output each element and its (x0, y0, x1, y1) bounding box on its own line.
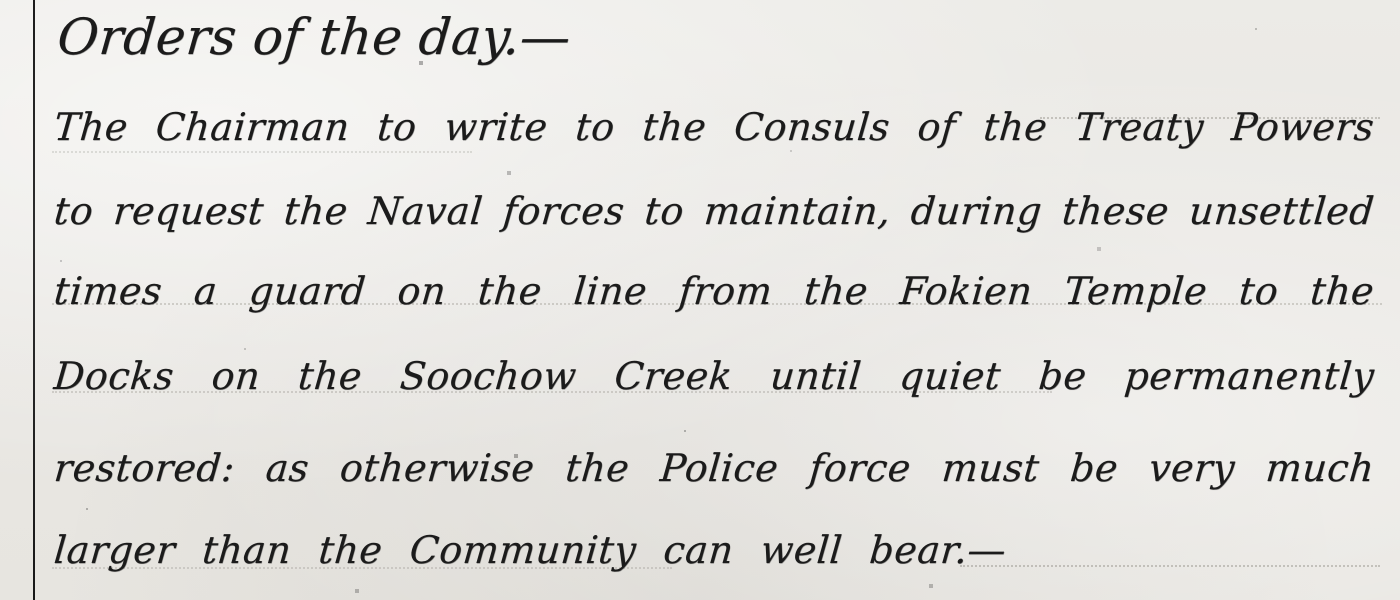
handwritten-line: times a guard on the line from the Fokie… (52, 266, 1376, 316)
manuscript-page: Orders of the day.— The Chairman to writ… (0, 0, 1400, 600)
ruled-baseline (960, 565, 1380, 567)
handwritten-line: to request the Naval forces to maintain,… (52, 186, 1376, 236)
handwritten-line: The Chairman to write to the Consuls of … (52, 102, 1376, 152)
scan-noise-speckles (0, 0, 2, 2)
handwritten-line: larger than the Community can well bear.… (52, 525, 1008, 575)
handwritten-heading: Orders of the day.— (55, 6, 573, 68)
left-margin-rule (33, 0, 35, 600)
handwritten-line: restored: as otherwise the Police force … (52, 443, 1376, 493)
handwritten-line: Docks on the Soochow Creek until quiet b… (52, 351, 1376, 401)
